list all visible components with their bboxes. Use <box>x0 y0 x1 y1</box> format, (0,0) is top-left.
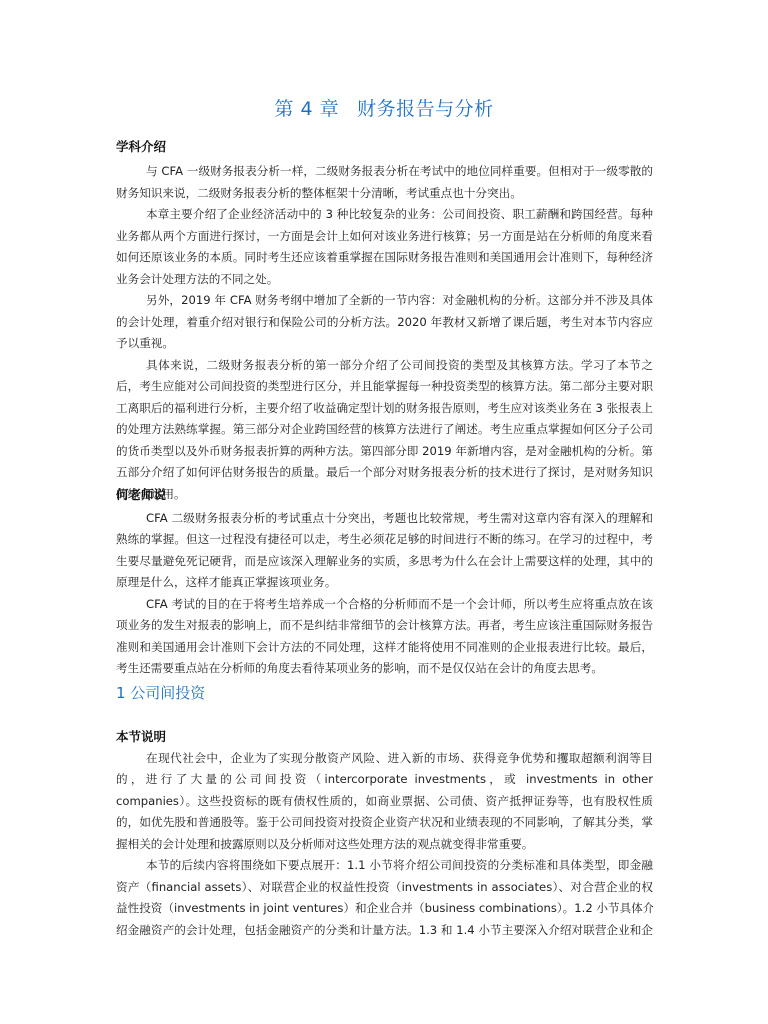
chapter-title: 第 4 章财务报告与分析 <box>0 94 768 121</box>
paragraph-line: 另外，2019 年 CFA 财务考纲中增加了全新的一节内容：对金融机构的分析。这… <box>146 293 653 307</box>
paragraph-line: 的处理方法熟练掌握。第三部分对企业跨国经营的核算方法进行了阐述。考生应重点掌握如… <box>116 422 653 436</box>
paragraph-line: 具体来说，二级财务报表分析的第一部分介绍了公司间投资的类型及其核算方法。学习了本… <box>146 358 653 372</box>
paragraph-line: 后，考生应能对公司间投资的类型进行区分，并且能掌握每一种投资类型的核算方法。第二… <box>116 379 653 393</box>
paragraph-line: 业务都从两个方面进行探讨，一方面是会计上如何对该业务进行核算；另一方面是站在分析… <box>116 229 653 243</box>
chapter-name: 财务报告与分析 <box>357 98 494 120</box>
paragraph-line: 五部分介绍了如何评估财务报告的质量。最后一个部分对财务报表分析的技术进行了探讨，… <box>116 465 653 479</box>
paragraph-line: 工离职后的福利进行分析，主要介绍了收益确定型计划的财务报告原则，考生应对该类业务… <box>116 401 653 415</box>
paragraph-line: 的会计处理，着重介绍对银行和保险公司的分析方法。2020 年教材又新增了课后题，… <box>116 315 653 329</box>
paragraph-line: 财务知识来说，二级财务报表分析的整体框架十分清晰，考试重点也十分突出。 <box>116 186 653 200</box>
paragraph-line: 的货币类型以及外币财务报表折算的两种方法。第四部分即 2019 年新增内容，是对… <box>116 444 653 458</box>
heading-intro: 学科介绍 <box>116 137 166 155</box>
paragraph-line: 与 CFA 一级财务报表分析一样，二级财务报表分析在考试中的地位同样重要。但相对… <box>146 164 653 178</box>
document-page: 第 4 章财务报告与分析 学科介绍 与 CFA 一级财务报表分析一样，二级财务报… <box>0 0 768 1024</box>
paragraph-line: 本章主要介绍了企业经济活动中的 3 种比较复杂的业务：公司间投资、职工薪酬和跨国… <box>146 207 653 221</box>
paragraph-line: 如何还原该业务的本质。同时考生还应该着重掌握在国际财务报告准则和美国通用会计准则… <box>116 250 653 264</box>
paragraph-line: 的综合运用。 <box>116 487 653 501</box>
chapter-number: 第 4 章 <box>274 98 339 120</box>
paragraph-line: 业务会计处理方法的不同之处。 <box>116 272 653 286</box>
paragraph-line: 予以重视。 <box>116 336 653 350</box>
